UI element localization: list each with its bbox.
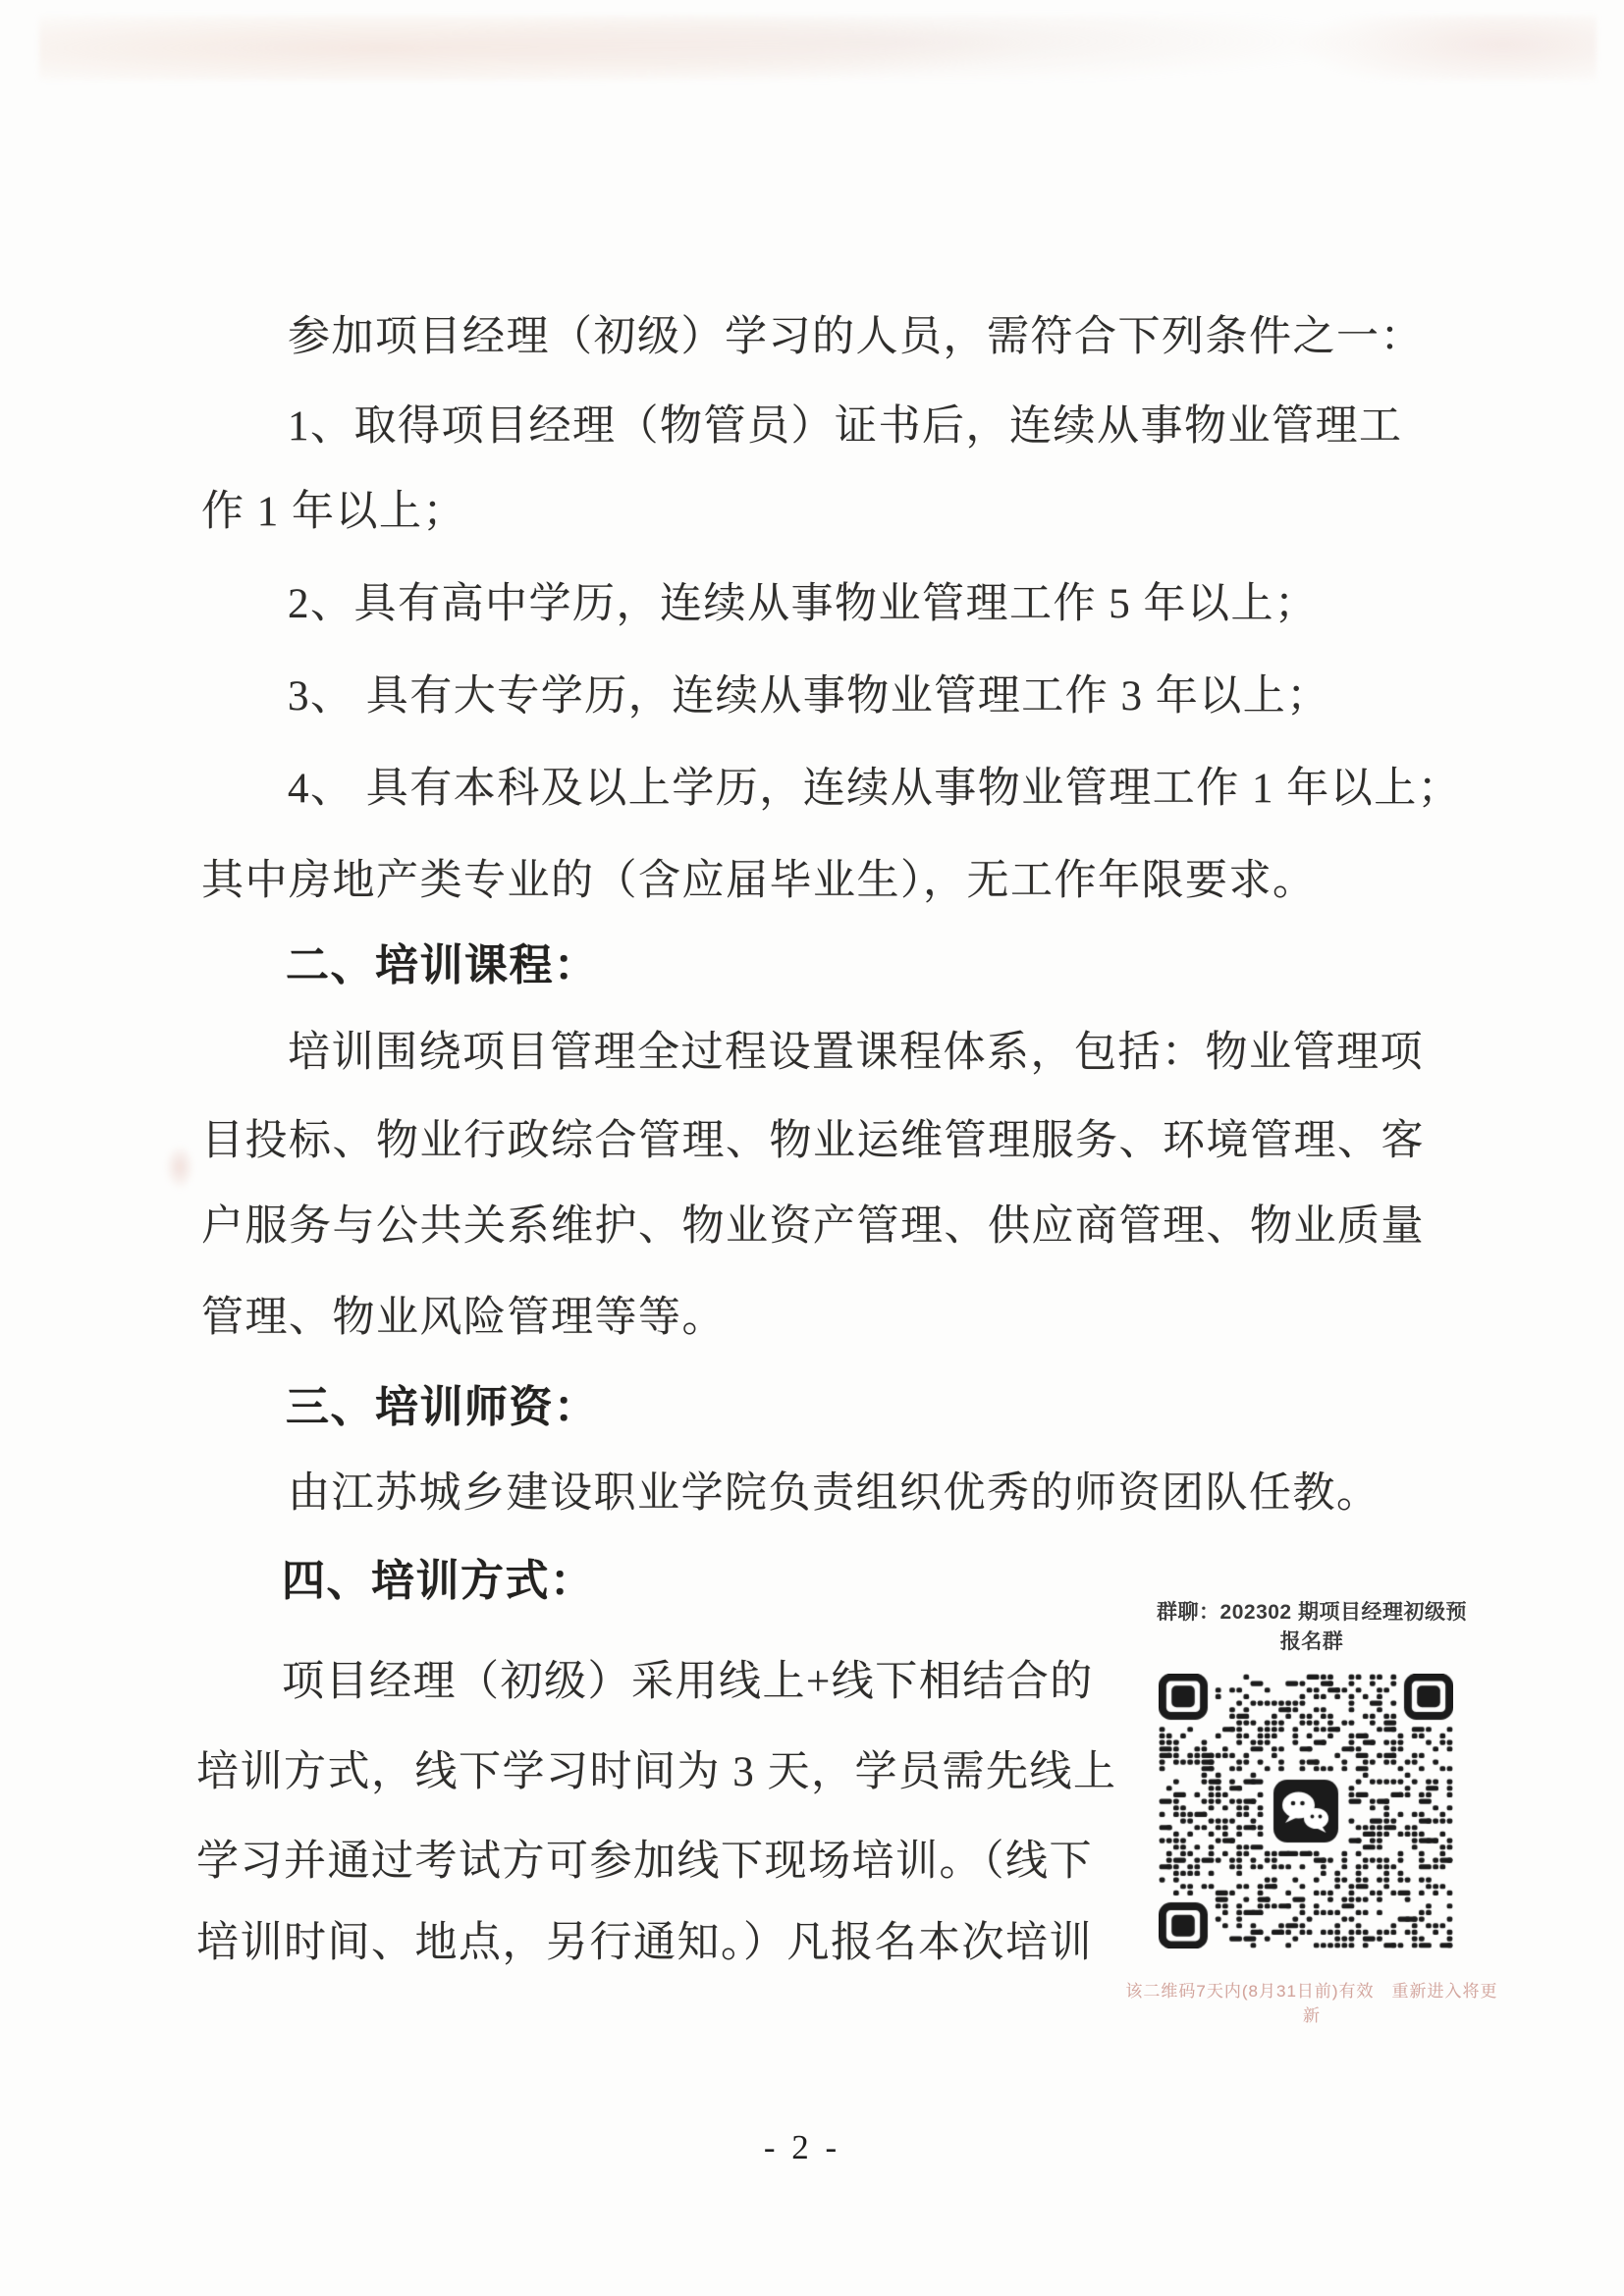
doc-line-courses-4: 管理、物业风险管理等等。 <box>201 1293 726 1344</box>
doc-line-method-2: 培训方式，线下学习时间为 3 天，学员需先线上 <box>196 1747 1117 1798</box>
doc-line-item1: 1、取得项目经理（物管员）证书后，连续从事物业管理工 <box>288 401 1403 453</box>
page-number: - 2 - <box>764 2128 840 2167</box>
scan-noise-artifact <box>39 16 1597 80</box>
doc-line-item4: 4、 具有本科及以上学历，连续从事物业管理工作 1 年以上； <box>288 764 1461 815</box>
heading-training-faculty: 三、培训师资： <box>286 1382 599 1433</box>
doc-line-courses-3: 户服务与公共关系维护、物业资产管理、供应商管理、物业质量 <box>201 1201 1425 1253</box>
doc-line-item3: 3、 具有大专学历，连续从事物业管理工作 3 年以上； <box>288 671 1330 722</box>
doc-line-courses-2: 目投标、物业行政综合管理、物业运维管理服务、环境管理、客 <box>201 1116 1425 1167</box>
heading-training-method: 四、培训方式： <box>282 1556 595 1607</box>
doc-line-faculty: 由江苏城乡建设职业学院负责组织优秀的师资团队任教。 <box>288 1468 1380 1520</box>
doc-line-item1-cont: 作 1 年以上； <box>201 487 466 538</box>
doc-line-item4-cont: 其中房地产类专业的（含应届毕业生），无工作年限要求。 <box>201 856 1317 907</box>
document-page: 参加项目经理（初级）学习的人员，需符合下列条件之一： 1、取得项目经理（物管员）… <box>0 0 1624 2296</box>
wechat-qr-code <box>1159 1674 1453 1949</box>
doc-line-item2: 2、具有高中学历，连续从事物业管理工作 5 年以上； <box>288 579 1319 630</box>
doc-line-courses-1: 培训围绕项目管理全过程设置课程体系，包括：物业管理项 <box>288 1028 1424 1079</box>
scan-speck-artifact <box>165 1145 194 1190</box>
doc-line-method-4: 培训时间、地点，另行通知。）凡报名本次培训 <box>196 1918 1093 1969</box>
qr-group-title-line1: 群聊：202302 期项目经理初级预 <box>1119 1598 1504 1628</box>
doc-line-method-3: 学习并通过考试方可参加线下现场培训。（线下 <box>196 1837 1093 1888</box>
qr-group-title-line2: 报名群 <box>1119 1628 1504 1657</box>
qr-validity-caption: 该二维码7天内(8月31日前)有效 重新进入将更新 <box>1119 1977 1504 2026</box>
qr-group-title: 群聊：202302 期项目经理初级预 报名群 <box>1119 1598 1504 1657</box>
doc-line-method-1: 项目经理（初级）采用线上+线下相结合的 <box>282 1657 1094 1708</box>
heading-training-courses: 二、培训课程： <box>286 940 599 991</box>
doc-line-intro: 参加项目经理（初级）学习的人员，需符合下列条件之一： <box>288 312 1424 363</box>
